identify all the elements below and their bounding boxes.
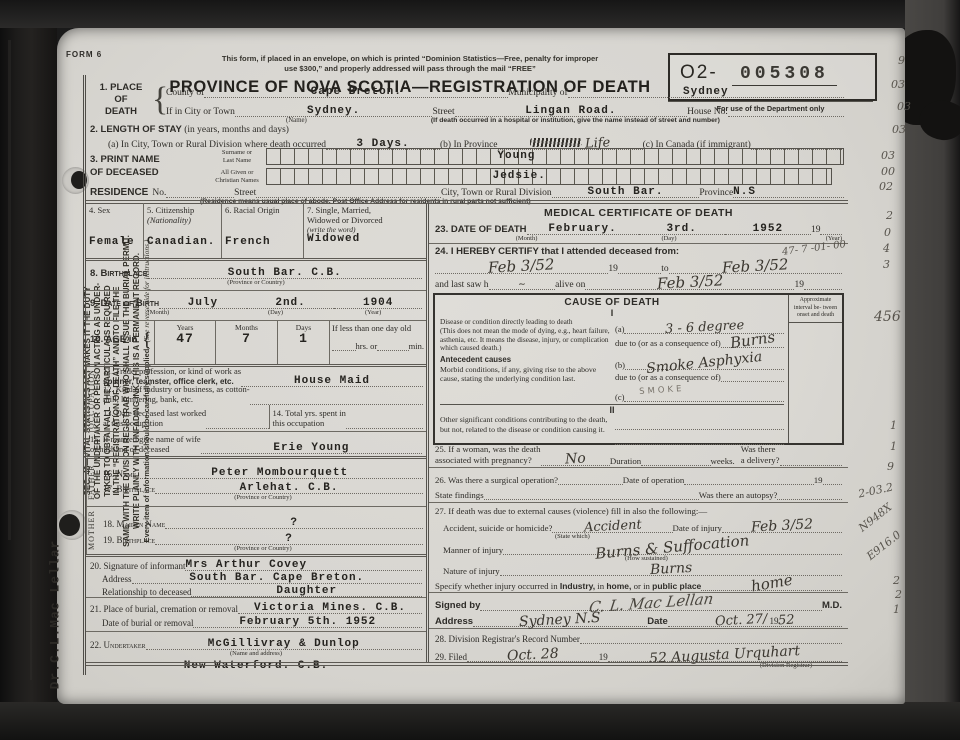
pregnancy-label: 25. If a woman, was the death — [435, 444, 541, 454]
section-24-certify: 24. I HEREBY CERTIFY that I attended dec… — [429, 244, 848, 290]
section-signed: Signed by C. L. Mac Lellan M.D. Address … — [429, 593, 848, 627]
dob-year: 1904 — [363, 297, 393, 309]
section-2-length-of-stay: 2. LENGTH OF STAY (in years, months and … — [90, 124, 844, 150]
margin-mark: 1 — [890, 420, 897, 431]
street-value: Lingan Road. — [525, 105, 616, 117]
section-15-spouse: 15. If married give name of wifeor husba… — [86, 432, 426, 459]
margin-mark: 2 — [886, 210, 893, 221]
surname-value: Young — [497, 151, 535, 162]
death-year: 1952 — [753, 223, 783, 235]
trade-value: House Maid — [294, 375, 370, 387]
film-border-bottom — [0, 702, 960, 740]
citizenship-label: 5. Citizenship — [147, 205, 218, 215]
hospital-note: (If death occurred in a hospital or inst… — [307, 117, 844, 124]
scanned-death-registration: FORM 6 SEC. 46—VITAL STATISTICS ACT MAKE… — [0, 0, 960, 740]
mother-birthplace-value: ? — [285, 533, 293, 545]
birthplace-label: 8. Birthplace — [90, 268, 147, 279]
given-names-value: Jedsie. — [493, 171, 546, 182]
columns: 4. Sex Female 5. Citizenship (Nationalit… — [86, 203, 848, 662]
attended-from: Feb 3/52 — [488, 257, 555, 275]
other-conditions-label: Other significant conditions contributin… — [440, 415, 612, 445]
racial-origin-label: 6. Racial Origin — [225, 205, 300, 215]
section-21-burial: 21. Place of burial, cremation or remova… — [86, 598, 426, 632]
signed-date: Oct. 27/ — [715, 613, 768, 629]
dob-month: July — [188, 297, 218, 309]
margin-mark: 9 — [898, 55, 905, 66]
name-note: (Name) — [286, 117, 307, 124]
residence-label: RESIDENCE — [90, 187, 148, 198]
brace: { — [152, 78, 166, 124]
margin-mark: 1 — [890, 441, 897, 452]
city-town-label: If in City or Town — [166, 107, 235, 117]
maiden-name-label: 18. Maiden Name — [103, 519, 165, 529]
left-column: 4. Sex Female 5. Citizenship (Nationalit… — [86, 203, 426, 662]
house-no-label: House No. — [687, 107, 728, 117]
margin-mark: 03 — [892, 124, 906, 135]
dob-label: 9. Date of Birth — [90, 298, 159, 309]
section-3-print-name: 3. PRINT NAME OF DECEASED Surname orLast… — [90, 148, 844, 185]
section-26-operation: 26. Was there a surgical operation? Date… — [429, 468, 848, 503]
margin-mark: 456 — [874, 310, 901, 324]
father-side-label: FATHER — [86, 459, 100, 506]
municipality-label: Municipality of — [508, 88, 567, 98]
antecedent-label: Antecedent causes — [440, 355, 612, 365]
external-causes-label: 27. If death was due to external causes … — [435, 506, 842, 516]
form-body: 1. PLACE OF DEATH { County of Cape Breto… — [83, 75, 848, 675]
age-days: 1 — [281, 332, 326, 345]
section-mother: MOTHER 18. Maiden Name ? 19. Birthplace … — [86, 507, 426, 557]
sex-value: Female — [89, 237, 140, 248]
father-birthplace-label: 17. Birthplace — [103, 484, 155, 494]
place-label: 1. PLACE — [90, 82, 152, 94]
sex-label: 4. Sex — [89, 205, 140, 215]
pregnancy-value: No — [565, 451, 586, 466]
margin-mark: 1 — [893, 604, 900, 615]
cause-title: CAUSE OF DEATH — [440, 297, 784, 308]
marital-label: 7. Single, Married, — [307, 205, 423, 215]
operation-label: 26. Was there a surgical operation? — [435, 475, 558, 485]
accident-value: Accident — [583, 518, 641, 534]
mail-instruction: This form, if placed in an envelope, on … — [175, 54, 645, 74]
date-of-injury-value: Feb 3/52 — [751, 517, 814, 534]
margin-mark: 03 — [897, 101, 911, 112]
margin-mark: 2 — [893, 575, 900, 586]
county-value: Cape Breton. — [311, 86, 402, 98]
spouse-value: Erie Young — [273, 442, 349, 454]
nature-of-injury-value: Burns — [649, 561, 692, 577]
surname-boxstrip: Young — [266, 148, 844, 165]
section-20-informant: 20. Signature of informant Mrs Arthur Co… — [86, 557, 426, 598]
death-month: February. — [548, 223, 616, 235]
date-of-death-label: 23. DATE OF DEATH — [435, 224, 527, 235]
age-years: 47 — [158, 332, 212, 345]
section-25-pregnancy: 25. If a woman, was the deathassociated … — [429, 445, 848, 468]
given-names-label: All Given or — [208, 169, 266, 177]
occupation-side-label: OCCUPATION — [86, 367, 100, 431]
section-27-external-causes: 27. If death was due to external causes … — [429, 503, 848, 591]
section-father: FATHER 16. Name Peter Mombourquett 17. B… — [86, 459, 426, 507]
surname-label: Surname or — [208, 149, 266, 157]
undertaker-label: 22. Undertaker — [90, 640, 146, 650]
margin-mark: 3 — [883, 259, 890, 270]
interval-header: Approximate interval be- tween onset and… — [789, 295, 842, 323]
father-name-label: 16. Name — [103, 469, 136, 479]
section-23-date-of-death: 23. DATE OF DEATH February. 3rd. 1952 19… — [429, 219, 848, 242]
age-label: 10. AGE in — [90, 334, 137, 345]
physician-address: Sydney N.S — [519, 611, 601, 629]
margin-mark: 4 — [883, 243, 890, 254]
signed-by-label: Signed by — [435, 600, 480, 611]
total-years-label: 14. Total yrs. spent in — [273, 408, 346, 418]
registrar-record-label: 28. Division Registrar's Record Number — [435, 634, 580, 644]
death-day: 3rd. — [666, 223, 696, 235]
father-birthplace-value: Arlehat. C.B. — [240, 482, 339, 494]
margin-mark: 02 — [879, 181, 893, 192]
section-4-7: 4. Sex Female 5. Citizenship (Nationalit… — [86, 203, 426, 261]
dob-day: 2nd. — [275, 297, 305, 309]
section-1-place-of-death: 1. PLACE OF DEATH { County of Cape Breto… — [90, 78, 844, 124]
last-worked-label: 13. Date deceased last worked — [103, 408, 206, 418]
burial-date-label: Date of burial or removal — [102, 618, 193, 628]
last-seen-alive: Feb 3/52 — [656, 273, 723, 291]
burial-date-value: February 5th. 1952 — [239, 616, 376, 628]
father-name-value: Peter Mombourquett — [211, 467, 348, 479]
margin-mark: 0 — [884, 227, 891, 238]
burial-place-value: Victoria Mines. C.B. — [254, 602, 406, 614]
residence-city-value: South Bar. — [588, 186, 664, 198]
cause-a-dueto-value: Burns — [729, 330, 776, 351]
county-label: County of — [166, 88, 204, 98]
filed-label: 29. Filed — [435, 652, 467, 662]
section-28-record-number: 28. Division Registrar's Record Number — [429, 629, 848, 644]
print-name-label: 3. PRINT NAME — [90, 154, 208, 166]
margin-mark: 00 — [881, 166, 895, 177]
birthplace-value: South Bar. C.B. — [228, 267, 342, 279]
informant-value: Mrs Arthur Covey — [185, 559, 307, 571]
section-occupation: OCCUPATION 11. Trade, profession, or kin… — [86, 367, 426, 432]
industry-label: 12. Kind of industry or business, as cot… — [103, 384, 250, 394]
cause-of-death-box: CAUSE OF DEATH I Disease or condition di… — [433, 293, 844, 445]
margin-mark: 9 — [887, 461, 894, 472]
city-town-value: Sydney. — [307, 105, 360, 117]
maiden-name-value: ? — [290, 517, 298, 529]
racial-origin-value: French — [225, 237, 300, 248]
section-22-undertaker: 22. Undertaker McGillivray & Dunlop (Nam… — [86, 632, 426, 682]
municipality-value: Sydney — [683, 86, 729, 98]
section-9-date-of-birth: 9. Date of Birth July 2nd. 1904 (Month) … — [86, 291, 426, 321]
burial-place-label: 21. Place of burial, cremation or remova… — [90, 604, 238, 614]
interval-column: Approximate interval be- tween onset and… — [788, 295, 842, 443]
margin-mark: 03 — [891, 79, 905, 90]
street-label: Street — [432, 107, 454, 117]
crossed-out-scribble — [530, 138, 582, 147]
relationship-label: Relationship to deceased — [102, 587, 191, 597]
relationship-value: Daughter — [276, 585, 337, 597]
informant-address: South Bar. Cape Breton. — [189, 572, 364, 584]
mother-side-label: MOTHER — [86, 507, 100, 554]
residence-province-value: N.S — [733, 186, 756, 198]
film-border-top — [0, 0, 960, 28]
attended-to: Feb 3/52 — [722, 257, 789, 275]
marital-value: Widowed — [307, 234, 423, 245]
residence-city-label: City, Town or Rural Division — [441, 188, 552, 198]
form-number-label: FORM 6 — [66, 50, 102, 59]
age-months: 7 — [219, 332, 274, 345]
margin-mark: 2 — [895, 589, 902, 600]
right-column-medical: MEDICAL CERTIFICATE OF DEATH 23. DATE OF… — [426, 203, 848, 662]
section-10-age: 10. AGE in { Years 47 Months 7 Days 1 I — [86, 321, 426, 367]
informant-label: 20. Signature of informant — [90, 561, 185, 571]
medical-certificate-title: MEDICAL CERTIFICATE OF DEATH — [429, 207, 848, 219]
citizenship-value: Canadian. — [147, 237, 218, 248]
filed-date: Oct. 28 — [507, 647, 559, 664]
mother-birthplace-label: 19. Birthplace — [103, 535, 155, 545]
rule-bottom — [86, 662, 848, 666]
trade-label: 11. Trade, profession, or kind of work a… — [103, 366, 241, 376]
spouse-label: 15. If married give name of wife — [90, 434, 201, 444]
undertaker-value: McGillivray & Dunlop — [208, 638, 360, 650]
doctor-annotation: Dr.C.L.Mac Lellar — [49, 525, 62, 705]
given-names-boxstrip: Jedsie. — [266, 168, 832, 185]
section-8-birthplace: 8. Birthplace South Bar. C.B. (Province … — [86, 261, 426, 291]
certify-label: 24. I HEREBY CERTIFY that I attended dec… — [435, 246, 679, 257]
margin-mark: 03 — [881, 150, 895, 161]
